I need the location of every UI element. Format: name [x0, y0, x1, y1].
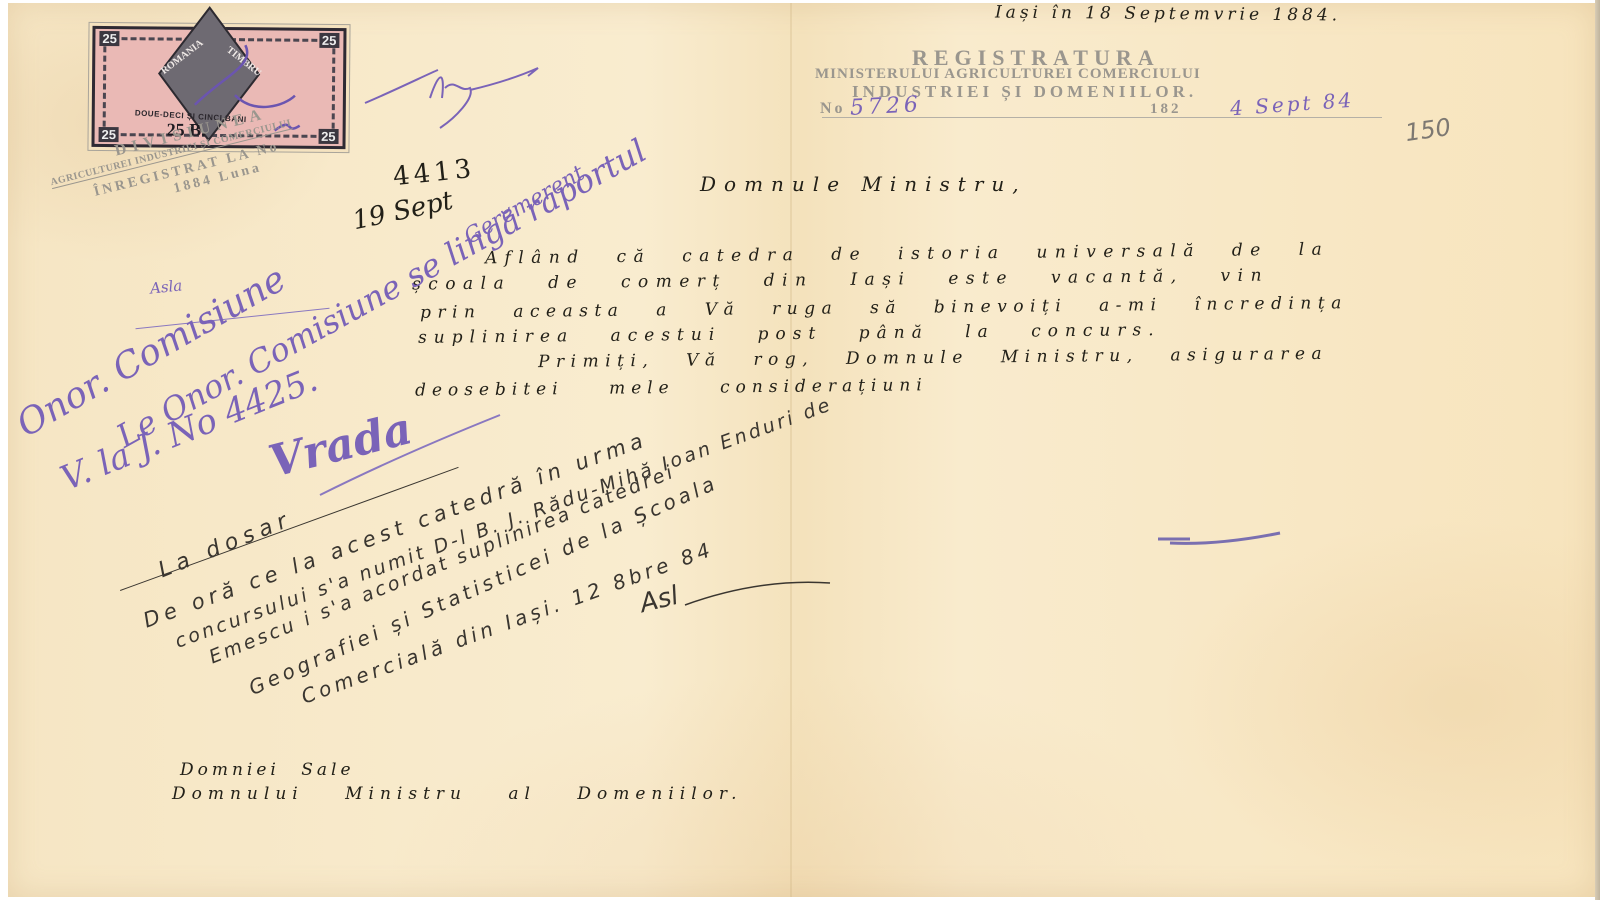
violet-margin-note: Asla: [149, 276, 183, 297]
stamp-corner-value: 25: [318, 129, 339, 144]
place-date: Iași în 18 Septemvrie 1884.: [995, 2, 1341, 25]
violet-dash-mark-icon: [1150, 525, 1290, 555]
violet-initials-signature-icon: [360, 58, 550, 133]
registratura-stamp-line1: MINISTERULUI AGRICULTUREI COMERCIULUI: [815, 66, 1201, 83]
addressee-line-2: Domnului Ministru al Domeniilor.: [172, 784, 743, 804]
salutation: Domnule Ministru,: [700, 172, 1027, 196]
paper-fold-line: [790, 3, 792, 897]
stamp-corner-value: 25: [99, 31, 120, 46]
stamp-underline: [822, 117, 1382, 118]
registratura-number-label: No: [820, 100, 846, 118]
registratura-year: 182: [1150, 101, 1182, 118]
pencil-flourish-icon: [680, 575, 840, 615]
stamp-corner-value: 25: [319, 33, 340, 48]
page-edge: [1595, 0, 1600, 900]
addressee-line-1: Domniei Sale: [180, 760, 355, 780]
stamp-corner-value: 25: [99, 127, 120, 142]
